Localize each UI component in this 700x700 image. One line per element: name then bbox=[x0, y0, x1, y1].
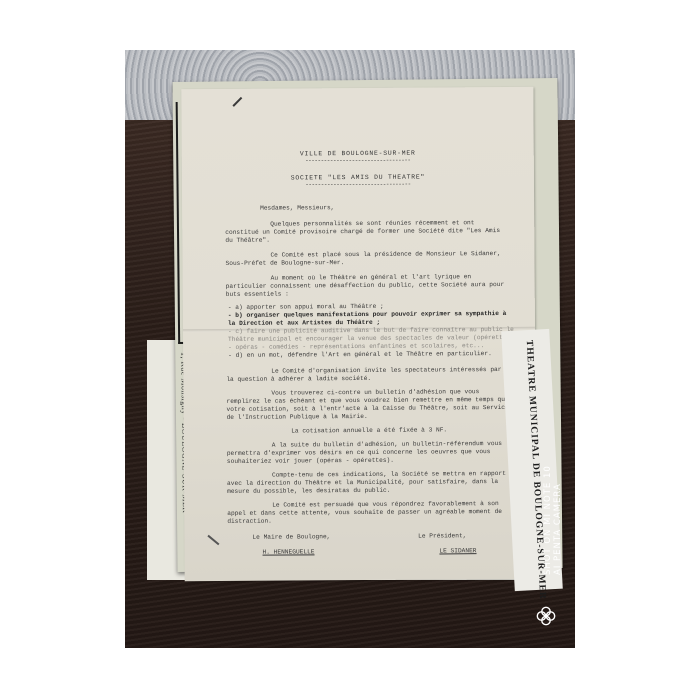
paragraph: Le Comité est persuadé que vous répondre… bbox=[184, 500, 536, 526]
paragraph: Au moment où le Théâtre en général et l'… bbox=[183, 273, 535, 299]
letter-body: VILLE DE BOULOGNE-SUR-MER --------------… bbox=[181, 87, 536, 557]
flower-logo-icon bbox=[535, 605, 557, 627]
goal-item: - c) faire une publicité auditive dans l… bbox=[183, 326, 535, 352]
president-title: Le Président, bbox=[418, 532, 466, 540]
paragraph: Vous trouverez ci-contre un bulletin d'a… bbox=[183, 388, 535, 422]
paragraph: Compte-tenu de ces indications, la Socié… bbox=[184, 470, 536, 496]
watermark-line-2: AI PENTA CAMERA bbox=[553, 465, 563, 575]
paragraph: A la suite du bulletin d'adhésion, un bu… bbox=[184, 440, 536, 466]
mayor-title: Le Maire de Boulogne, bbox=[252, 533, 330, 542]
president-name: LE SIDANER bbox=[439, 547, 476, 555]
document-photo: 1, Rue Monsigny - BOULOGNE-SUR-MER VILLE… bbox=[125, 50, 575, 648]
typed-letter: VILLE DE BOULOGNE-SUR-MER --------------… bbox=[181, 87, 536, 581]
signature-names: H. HENNEGUELLE LE SIDANER bbox=[184, 547, 536, 557]
paragraph: Quelques personnalités se sont réunies r… bbox=[182, 219, 534, 245]
mayor-name: H. HENNEGUELLE bbox=[262, 548, 314, 556]
camera-watermark: SHOT ON MI NOTE 10 AI PENTA CAMERA bbox=[543, 465, 563, 575]
watermark-line-1: SHOT ON MI NOTE 10 bbox=[543, 465, 553, 575]
